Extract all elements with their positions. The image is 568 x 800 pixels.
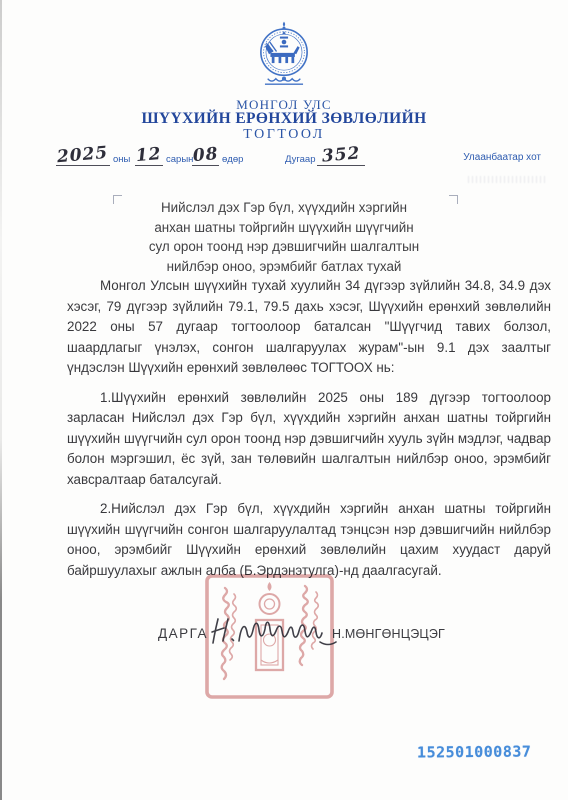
scan-noise-artifact [468, 176, 546, 183]
year-handwritten: 2025 [56, 143, 109, 167]
title-line: нийлбэр оноо, эрэмбийг батлах тухай [129, 257, 439, 277]
body-text: Монгол Улсын шүүхийн тухай хуулийн 34 дү… [67, 276, 551, 590]
document-title: Нийслэл дэх Гэр бүл, хүүхдийн хэргийн ан… [129, 198, 439, 276]
date-line: 2025 оны 12 сарын 08 өдөр Дугаар 352 Ула… [0, 144, 568, 170]
paragraph-preamble: Монгол Улсын шүүхийн тухай хуулийн 34 дү… [67, 276, 551, 379]
signature-handwriting [207, 612, 337, 654]
paragraph-clause-2: 2.Нийслэл дэх Гэр бүл, хүүхдийн хэргийн … [67, 499, 551, 581]
crop-mark-top-right [449, 195, 458, 204]
day-handwritten: 08 [192, 144, 219, 166]
document-type: ТОГТООЛ [0, 127, 568, 143]
scanned-resolution-document: МОНГОЛ УЛС ШҮҮХИЙН ЕРӨНХИЙ ЗӨВЛӨЛИЙН ТОГ… [0, 0, 568, 800]
month-handwritten: 12 [135, 144, 162, 166]
number-handwritten: 352 [321, 143, 361, 166]
crop-mark-top-left [113, 195, 122, 204]
day-label: өдөр [222, 154, 243, 165]
month-field: 12 [135, 146, 163, 166]
emblem-container [0, 20, 568, 103]
number-label: Дугаар [285, 154, 316, 165]
city-label: Улаанбаатар хот [463, 152, 541, 163]
chairman-label: ДАРГА [158, 626, 208, 641]
state-emblem-icon [250, 20, 318, 98]
chairman-name: Н.МӨНГӨНЦЭЦЭГ [332, 627, 445, 641]
title-line: Нийслэл дэх Гэр бүл, хүүхдийн хэргийн [129, 198, 439, 218]
registry-number-stamp: 152501000837 [417, 743, 532, 762]
paragraph-clause-1: 1.Шүүхийн ерөнхий зөвлөлийн 2025 оны 189… [67, 388, 551, 491]
organization-name: ШҮҮХИЙН ЕРӨНХИЙ ЗӨВЛӨЛИЙН [0, 110, 568, 128]
title-line: сул орон тоонд нэр дэвшигчийн шалгалтын [129, 237, 439, 257]
day-field: 08 [192, 146, 219, 166]
year-label: оны [113, 154, 130, 165]
month-label: сарын [166, 154, 193, 165]
title-line: анхан шатны тойргийн шүүхийн шүүгчийн [129, 218, 439, 238]
number-field: 352 [317, 146, 365, 166]
year-field: 2025 [56, 146, 110, 166]
